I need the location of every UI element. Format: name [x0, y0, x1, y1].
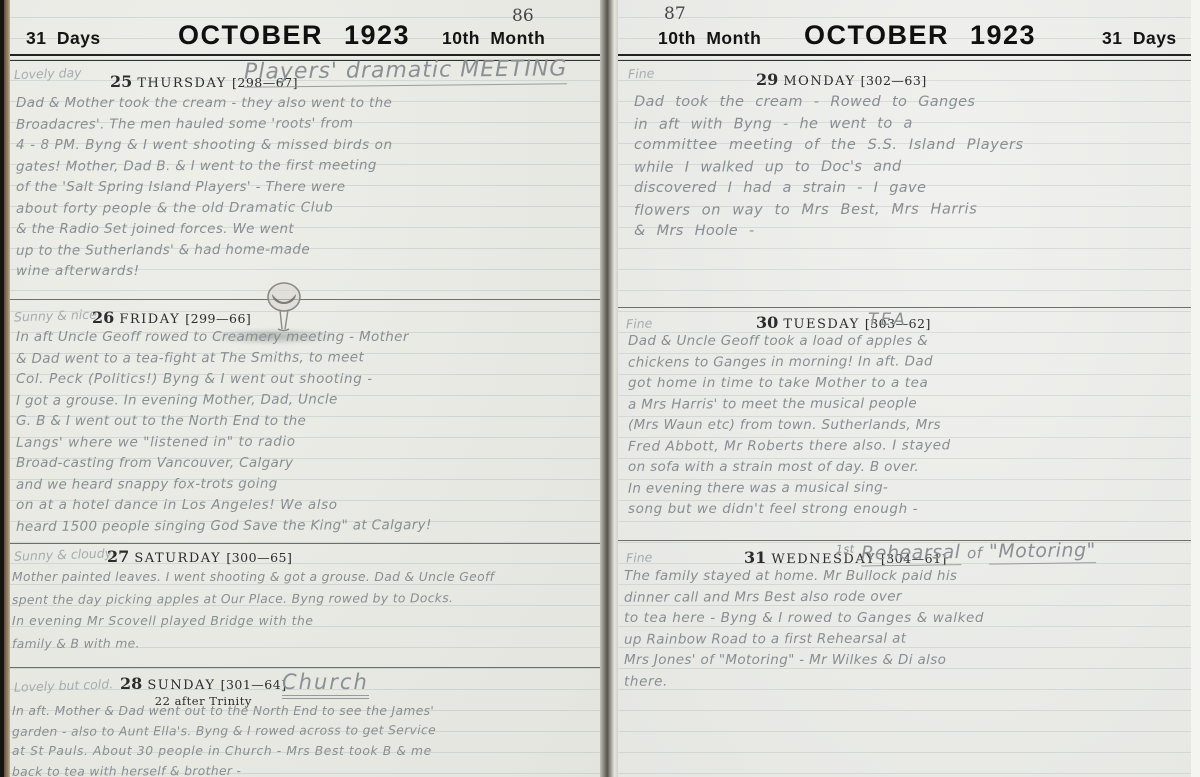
page-number: 87 [664, 4, 686, 24]
handwritten-line: Dad & Mother took the cream - they also … [16, 93, 393, 114]
day-ref: [299—66] [185, 311, 251, 326]
day-header-26-friday: 26 FRIDAY [299—66] [92, 308, 251, 327]
handwritten-line: (Mrs Waun etc) from town. Sutherlands, M… [628, 415, 951, 436]
handwritten-line: committee meeting of the S.S. Island Pla… [634, 135, 1024, 157]
weather-note: Fine [628, 66, 655, 82]
weather-note: Fine [626, 316, 653, 332]
header-month-title: OCTOBER 1923 [178, 20, 410, 51]
handwritten-line: about forty people & the old Dramatic Cl… [16, 197, 393, 220]
entry-body-wednesday: The family stayed at home. Mr Bullock pa… [624, 566, 984, 692]
entry-body-monday: Dad took the cream - Rowed to Gangesin a… [634, 92, 1024, 243]
handwritten-line: in aft with Byng - he went to a [634, 113, 1024, 136]
handwritten-line: and we heard snappy fox-trots going [16, 473, 432, 496]
day-ref: [302—63] [861, 73, 927, 88]
entry-body-sunday: In aft. Mother & Dad went out to the Nor… [12, 701, 436, 777]
handwritten-line: song but we didn't feel strong enough - [628, 499, 951, 520]
day-number: 29 [756, 70, 778, 89]
day-name: MONDAY [783, 74, 855, 89]
entry-body-thursday: Dad & Mother took the cream - they also … [16, 93, 393, 282]
handwritten-line: Langs' where we "listened in" to radio [16, 431, 432, 454]
handwritten-line: there. [624, 670, 984, 693]
handwritten-title-tuesday: TEA. [868, 310, 915, 329]
book-gutter-shadow [600, 0, 618, 777]
header-days: 31 Days [26, 28, 101, 49]
handwritten-line: Mother painted leaves. I went shooting &… [12, 566, 494, 588]
weather-note: Lovely but cold. [14, 676, 114, 694]
day-number: 31 [744, 548, 766, 567]
handwritten-line: In evening Mr Scovell played Bridge with… [12, 610, 494, 632]
entry-body-friday: In aft Uncle Geoff rowed to Creamery mee… [16, 327, 432, 537]
handwritten-line: of the 'Salt Spring Island Players' - Th… [16, 177, 393, 198]
title-superscript: 1st [836, 543, 855, 556]
handwritten-line: Fred Abbott, Mr Roberts there also. I st… [628, 435, 951, 457]
handwritten-title-thursday: Players' dramatic MEETING [244, 56, 568, 87]
left-page: 86 31 Days OCTOBER 1923 10th Month Lovel… [10, 0, 600, 777]
header-days: 31 Days [1102, 28, 1177, 49]
handwritten-line: heard 1500 people singing God Save the K… [16, 515, 432, 538]
day-name: FRIDAY [119, 312, 180, 327]
header-month-ordinal: 10th Month [658, 28, 761, 49]
handwritten-line: back to tea with herself & brother - [12, 760, 436, 777]
handwritten-line: up to the Sutherlands' & had home-made [16, 239, 393, 262]
handwritten-line: I got a grouse. In evening Mother, Dad, … [16, 389, 432, 412]
weather-note: Sunny & cloudy. [14, 545, 116, 564]
title-word-rehearsal: Rehearsal [861, 541, 961, 566]
handwritten-line: on at a hotel dance in Los Angeles! We a… [16, 495, 432, 516]
day-name: THURSDAY [137, 76, 227, 91]
handwritten-line: flowers on way to Mrs Best, Mrs Harris [634, 199, 1024, 222]
handwritten-line: dinner call and Mrs Best also rode over [624, 586, 984, 609]
page-number: 86 [512, 6, 534, 26]
handwritten-line: Col. Peck (Politics!) Byng & I went out … [16, 369, 432, 390]
handwritten-line: In aft. Mother & Dad went out to the Nor… [12, 701, 436, 721]
handwritten-line: got home in time to take Mother to a tea [628, 373, 951, 394]
weather-note: Sunny & nice [14, 307, 97, 325]
entry-separator [10, 543, 600, 544]
handwritten-line: wine afterwards! [16, 261, 393, 282]
day-number: 27 [107, 547, 129, 566]
day-number: 25 [110, 72, 132, 91]
entry-body-tuesday: Dad & Uncle Geoff took a load of apples … [628, 331, 951, 520]
weather-note: Lovely day [14, 65, 82, 82]
handwritten-line: up Rainbow Road to a first Rehearsal at [624, 628, 984, 651]
entry-separator [10, 667, 600, 668]
handwritten-line: Mrs Jones' of "Motoring" - Mr Wilkes & D… [624, 650, 984, 671]
handwritten-line: a Mrs Harris' to meet the musical people [628, 393, 951, 415]
header-rule [618, 54, 1191, 61]
title-word-motoring: "Motoring" [989, 540, 1096, 565]
handwritten-line: 4 - 8 PM. Byng & I went shooting & misse… [16, 135, 393, 156]
handwritten-line: family & B with me. [12, 631, 494, 655]
day-name: SUNDAY [147, 678, 215, 693]
handwritten-line: at St Pauls. About 30 people in Church -… [12, 741, 436, 761]
header-month-title: OCTOBER 1923 [804, 20, 1036, 51]
handwritten-line: & Dad went to a tea-fight at The Smiths,… [16, 347, 432, 370]
page-right-edge [1191, 0, 1200, 777]
handwritten-line: to tea here - Byng & I rowed to Ganges &… [624, 608, 984, 629]
day-name: TUESDAY [783, 317, 859, 332]
handwritten-line: Dad took the cream - Rowed to Ganges [634, 92, 1024, 114]
handwritten-line: Dad & Uncle Geoff took a load of apples … [628, 331, 951, 352]
diary-scan: 86 31 Days OCTOBER 1923 10th Month Lovel… [0, 0, 1200, 777]
handwritten-line: discovered I had a strain - I gave [634, 178, 1024, 200]
day-ref: [301—64] [221, 677, 287, 692]
entry-separator [618, 307, 1191, 308]
handwritten-line: In aft Uncle Geoff rowed to Creamery mee… [16, 327, 432, 348]
day-number: 28 [120, 674, 142, 693]
title-word-of: of [967, 544, 983, 562]
handwritten-line: & Mrs Hoole - [634, 221, 1024, 243]
handwritten-title-wednesday: 1st Rehearsal of "Motoring" [836, 539, 1096, 565]
day-ref: [300—65] [226, 550, 292, 565]
header-month-ordinal: 10th Month [442, 28, 545, 49]
day-number: 26 [92, 308, 114, 327]
day-number: 30 [756, 313, 778, 332]
handwritten-line: & the Radio Set joined forces. We went [16, 219, 393, 240]
handwritten-line: chickens to Ganges in morning! In aft. D… [628, 351, 951, 373]
handwritten-line: on sofa with a strain most of day. B ove… [628, 457, 951, 478]
handwritten-line: Broad-casting from Vancouver, Calgary [16, 453, 432, 474]
handwritten-line: garden - also to Aunt Ella's. Byng & I r… [12, 720, 436, 742]
handwritten-title-sunday: Church [282, 670, 369, 699]
handwritten-line: The family stayed at home. Mr Bullock pa… [624, 566, 984, 587]
day-header-27-saturday: 27 SATURDAY [300—65] [107, 547, 292, 566]
weather-note: Fine [626, 550, 653, 566]
day-name: SATURDAY [134, 551, 221, 566]
handwritten-line: spent the day picking apples at Our Plac… [12, 587, 494, 611]
day-header-29-monday: 29 MONDAY [302—63] [756, 70, 927, 89]
handwritten-line: G. B & I went out to the North End to th… [16, 411, 432, 432]
handwritten-line: Broadacres'. The men hauled some 'roots'… [16, 113, 393, 136]
handwritten-line: gates! Mother, Dad B. & I went to the fi… [16, 155, 393, 178]
entry-body-saturday: Mother painted leaves. I went shooting &… [12, 566, 494, 654]
handwritten-line: In evening there was a musical sing- [628, 477, 951, 499]
right-page: 87 10th Month OCTOBER 1923 31 Days Fine … [618, 0, 1191, 777]
handwritten-line: while I walked up to Doc's and [634, 156, 1024, 179]
